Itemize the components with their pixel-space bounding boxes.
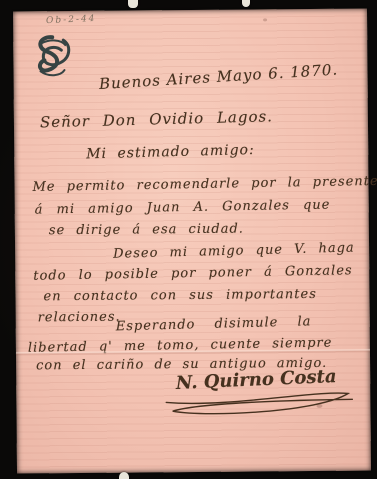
letter-paper: Ob-2-44 Buenos Aires Mayo 6. 1870. Señor… xyxy=(13,8,371,473)
recipient-line: Señor Don Ovidio Lagos. xyxy=(40,107,273,131)
body-line: en contacto con sus importantes xyxy=(43,287,316,304)
body-line: Esperando disimule la xyxy=(116,314,312,334)
paper-blemish xyxy=(263,18,267,21)
clip-mark xyxy=(119,472,129,479)
body-line: á mi amigo Juan A. Gonzales que xyxy=(35,198,331,218)
body-line: Deseo mi amigo que V. haga xyxy=(113,240,355,261)
monogram-stamp-icon xyxy=(33,33,71,81)
body-line: todo lo posible por poner á Gonzales xyxy=(33,263,353,284)
body-line: relaciones. xyxy=(38,310,121,326)
body-line: Me permito recomendarle por la presente xyxy=(32,174,377,195)
paper-blemish xyxy=(316,404,322,408)
archival-note: Ob-2-44 xyxy=(46,14,97,26)
body-line: se dirige á esa ciudad. xyxy=(49,222,244,239)
clip-mark xyxy=(128,0,138,8)
salutation-line: Mi estimado amigo: xyxy=(86,142,255,162)
dateline: Buenos Aires Mayo 6. 1870. xyxy=(83,60,354,94)
